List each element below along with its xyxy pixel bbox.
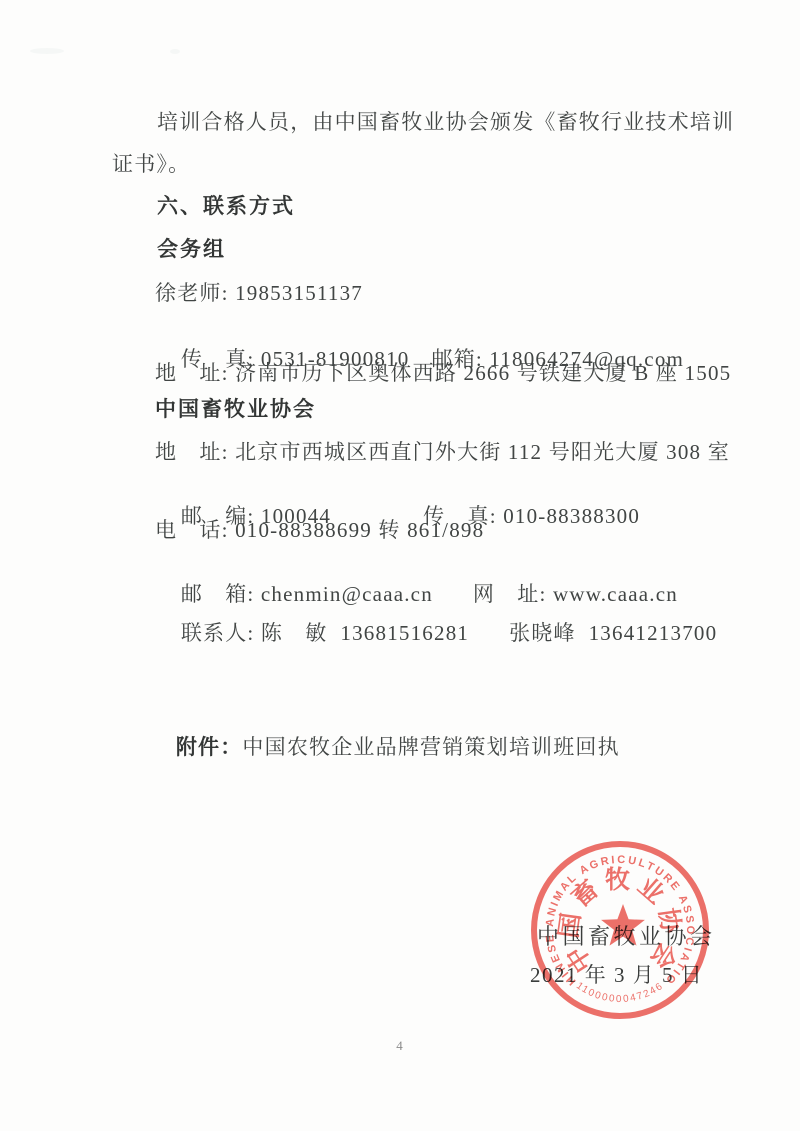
scan-artifact	[30, 48, 64, 54]
association-contacts-line: 联系人: 陈 敏 13681516281张晓峰 13641213700	[155, 592, 717, 672]
paragraph-line-1: 培训合格人员，由中国畜牧业协会颁发《畜牧行业技术培训	[157, 106, 734, 136]
page-number: 4	[0, 1038, 800, 1054]
association-title: 中国畜牧业协会	[155, 393, 316, 423]
association-phone: 电 话: 010-88388699 转 861/898	[155, 514, 484, 544]
section-title: 六、联系方式	[157, 190, 295, 220]
attachment-line: 附件：中国农牧企业品牌营销策划培训班回执	[150, 706, 620, 786]
association-address: 地 址: 北京市西城区西直门外大街 112 号阳光大厦 308 室	[155, 436, 730, 466]
committee-title: 会务组	[157, 233, 226, 263]
signature-date: 2021 年 3 月 5 日	[530, 959, 703, 989]
committee-teacher-line: 徐老师: 19853151137	[155, 277, 363, 307]
paragraph-line-2: 证书》。	[112, 148, 190, 178]
attachment-text: 中国农牧企业品牌营销策划培训班回执	[242, 735, 619, 759]
contact-person-1: 联系人: 陈 敏 13681516281	[181, 621, 469, 645]
scan-artifact	[170, 49, 180, 54]
attachment-label: 附件：	[176, 736, 243, 759]
contact-person-2: 张晓峰 13641213700	[509, 621, 717, 645]
committee-address: 地 址: 济南市历下区奥体西路 2666 号铁建大厦 B 座 1505	[155, 357, 731, 387]
document-page: 培训合格人员，由中国畜牧业协会颁发《畜牧行业技术培训 证书》。 六、联系方式 会…	[0, 0, 800, 1131]
signature-organization: 中国畜牧业协会	[537, 920, 716, 951]
